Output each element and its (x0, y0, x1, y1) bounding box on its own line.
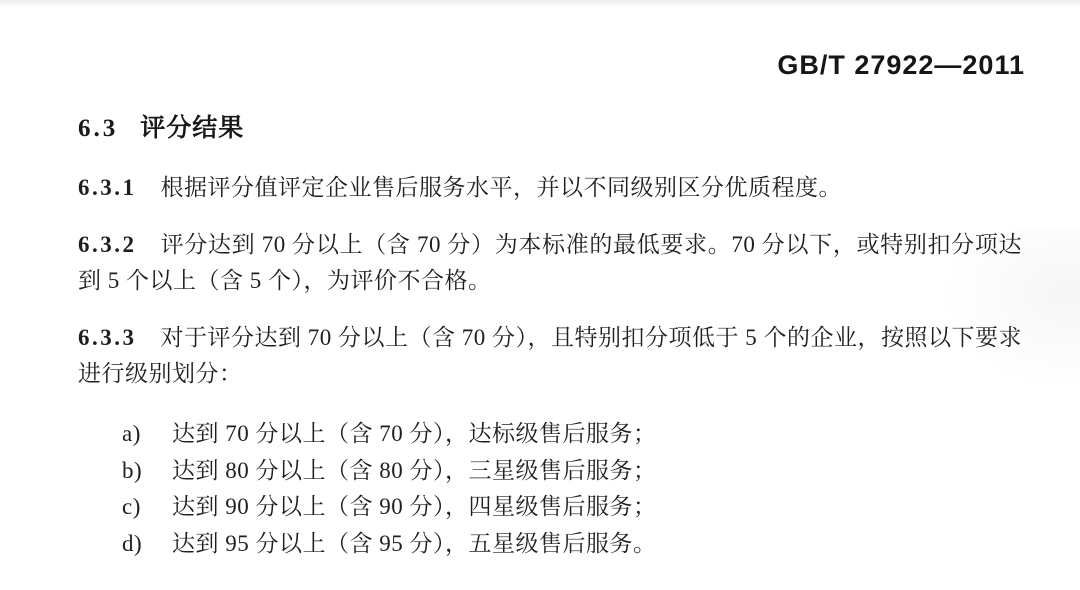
list-item-text: 达到 95 分以上（含 95 分），五星级售后服务。 (172, 526, 657, 563)
section-heading: 6.3评分结果 (78, 108, 1022, 144)
clause-6-3-2: 6.3.2评分达到 70 分以上（含 70 分）为本标准的最低要求。70 分以下… (78, 227, 1022, 299)
clause-text: 根据评分值评定企业售后服务水平，并以不同级别区分优质程度。 (161, 175, 843, 200)
clause-6-3-1: 6.3.1根据评分值评定企业售后服务水平，并以不同级别区分优质程度。 (78, 170, 1022, 206)
list-item: c) 达到 90 分以上（含 90 分），四星级售后服务； (78, 489, 1022, 526)
clause-text: 评分达到 70 分以上（含 70 分）为本标准的最低要求。70 分以下，或特别扣… (78, 232, 1022, 293)
section-title: 评分结果 (140, 115, 244, 142)
list-item: d) 达到 95 分以上（含 95 分），五星级售后服务。 (78, 526, 1022, 563)
document-page: GB/T 27922—2011 6.3评分结果 6.3.1根据评分值评定企业售后… (0, 0, 1080, 590)
grade-list: a) 达到 70 分以上（含 70 分），达标级售后服务； b) 达到 80 分… (78, 416, 1022, 562)
list-item-text: 达到 80 分以上（含 80 分），三星级售后服务； (172, 453, 657, 490)
clause-number: 6.3.1 (78, 175, 137, 200)
clause-number: 6.3.2 (78, 232, 137, 257)
list-item: b) 达到 80 分以上（含 80 分），三星级售后服务； (78, 453, 1022, 490)
scan-smudge-top (0, 0, 1080, 8)
list-item-text: 达到 70 分以上（含 70 分），达标级售后服务； (172, 416, 657, 453)
document-content: 6.3评分结果 6.3.1根据评分值评定企业售后服务水平，并以不同级别区分优质程… (78, 108, 1022, 562)
clause-6-3-3: 6.3.3对于评分达到 70 分以上（含 70 分），且特别扣分项低于 5 个的… (78, 320, 1022, 392)
list-item: a) 达到 70 分以上（含 70 分），达标级售后服务； (78, 416, 1022, 453)
standard-doc-number: GB/T 27922—2011 (777, 50, 1025, 81)
list-marker: a) (122, 416, 172, 453)
section-number: 6.3 (78, 115, 118, 142)
clause-text: 对于评分达到 70 分以上（含 70 分），且特别扣分项低于 5 个的企业，按照… (78, 325, 1022, 386)
list-marker: c) (122, 489, 172, 526)
list-item-text: 达到 90 分以上（含 90 分），四星级售后服务； (172, 489, 657, 526)
list-marker: b) (122, 453, 172, 490)
list-marker: d) (122, 526, 172, 563)
clause-number: 6.3.3 (78, 325, 137, 350)
